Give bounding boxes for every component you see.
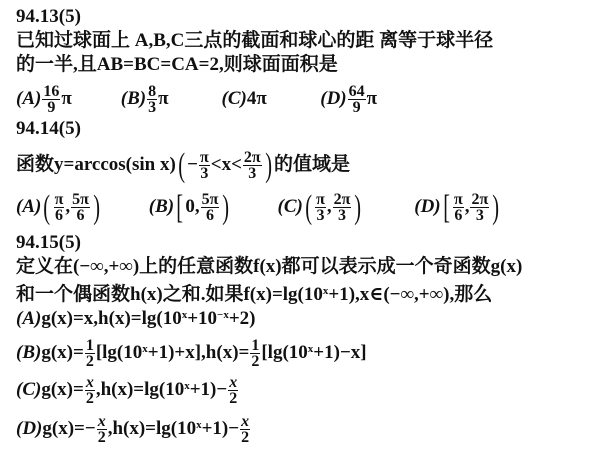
text-part: +1)− — [190, 379, 227, 400]
question-number-14: 94.14(5) — [16, 118, 81, 140]
fraction: 12 — [85, 338, 95, 369]
pi-symbol: π — [158, 88, 168, 109]
numerator: π — [54, 192, 65, 208]
fraction: 169 — [42, 84, 60, 115]
numerator: x — [97, 414, 107, 430]
text-part: 和一个偶函数h(x)之和.如果f(x)=lg(10 — [16, 284, 323, 305]
text-part: g(x)= — [41, 379, 83, 400]
fraction: 2π3 — [470, 192, 489, 223]
numerator: x — [240, 414, 250, 430]
denominator: 3 — [248, 166, 256, 181]
text-part: +1),x∈(−∞,+∞),那么 — [328, 284, 492, 305]
q13-text-line2: 的一半,且AB=BC=CA=2,则球面面积是 — [16, 54, 338, 76]
fraction: 12 — [250, 338, 260, 369]
interval-close: ) — [93, 197, 100, 219]
interval-close: ) — [493, 197, 500, 219]
q14-option-c: (C)(π3,2π3) — [278, 192, 410, 223]
q15-option-c: (C)g(x)=x2,h(x)=lg(10x+1)−x2 — [16, 375, 239, 406]
numerator: 5π — [201, 192, 220, 208]
q15-option-b: (B)g(x)=12[lg(10x+1)+x],h(x)=12[lg(10x+1… — [16, 338, 367, 369]
option-label: (C) — [222, 88, 247, 109]
denominator: 2 — [86, 354, 94, 369]
denominator: 6 — [206, 208, 214, 223]
option-label: (D) — [414, 196, 440, 217]
inequality: <x< — [211, 154, 242, 175]
exponent: −x — [217, 309, 229, 321]
function-expression: 函数y=arccos(sin x) — [16, 154, 176, 175]
q14-option-b: (B)[0,5π6) — [149, 192, 273, 223]
option-label: (A) — [16, 308, 41, 329]
q13-option-b: (B)83π — [121, 84, 217, 115]
denominator: 2 — [98, 430, 106, 445]
numerator: 5π — [71, 192, 90, 208]
q13-option-a: (A)169π — [16, 84, 116, 115]
option-label: (B) — [149, 196, 174, 217]
denominator: 6 — [55, 208, 63, 223]
q15-text-line2: 和一个偶函数h(x)之和.如果f(x)=lg(10x+1),x∈(−∞,+∞),… — [16, 280, 492, 306]
q15-option-a: (A)g(x)=x,h(x)=lg(10x+10−x+2) — [16, 304, 255, 330]
denominator: 6 — [454, 208, 462, 223]
q15-option-d: (D)g(x)=−x2,h(x)=lg(10x+1)−x2 — [16, 414, 251, 445]
denominator: 2 — [229, 391, 237, 406]
interval-close: ) — [355, 197, 362, 219]
interval-open: [ — [176, 197, 183, 219]
q13-option-d: (D)649π — [320, 84, 377, 115]
numerator: 1 — [85, 338, 95, 354]
fraction: π6 — [453, 192, 464, 223]
denominator: 3 — [317, 208, 325, 223]
option-label: (A) — [16, 196, 41, 217]
option-label: (B) — [121, 88, 146, 109]
numerator: x — [85, 375, 95, 391]
fraction: x2 — [85, 375, 95, 406]
text-part: [lg(10 — [261, 342, 307, 363]
fraction: π3 — [199, 150, 210, 181]
text-part: g(x)=− — [42, 418, 95, 439]
fraction: 2π3 — [333, 192, 352, 223]
numerator: π — [315, 192, 326, 208]
denominator: 2 — [86, 391, 94, 406]
numerator: 64 — [348, 84, 366, 100]
text-part: ,h(x)=lg(10 — [108, 418, 196, 439]
text-part: +1)−x] — [313, 342, 366, 363]
fraction: x2 — [240, 414, 250, 445]
text-part: g(x)= — [41, 342, 83, 363]
option-value: 4π — [247, 88, 267, 109]
interval-open: ( — [44, 197, 51, 219]
fraction: π6 — [54, 192, 65, 223]
fraction: 5π6 — [71, 192, 90, 223]
q13-options: (A)169π (B)83π (C)4π (D)649π — [16, 84, 377, 115]
numerator: 2π — [243, 150, 262, 166]
option-label: (C) — [278, 196, 303, 217]
fraction: π3 — [315, 192, 326, 223]
q14-options: (A)(π6,5π6) (B)[0,5π6) (C)(π3,2π3) (D)[π… — [16, 192, 502, 223]
fraction: 5π6 — [201, 192, 220, 223]
numerator: 1 — [250, 338, 260, 354]
denominator: 3 — [148, 100, 156, 115]
option-label: (C) — [16, 379, 41, 400]
lower-bound: 0 — [185, 196, 195, 217]
fraction: 83 — [147, 84, 157, 115]
question-number-15: 94.15(5) — [16, 232, 81, 254]
denominator: 2 — [241, 430, 249, 445]
paren-open: ( — [178, 155, 185, 177]
text-part: +2) — [229, 308, 256, 329]
denominator: 9 — [353, 100, 361, 115]
text-part: +1)− — [202, 418, 239, 439]
numerator: 2π — [333, 192, 352, 208]
interval-open: [ — [443, 197, 450, 219]
denominator: 2 — [251, 354, 259, 369]
option-label: (D) — [16, 418, 42, 439]
minus-sign: − — [187, 154, 198, 175]
question-number-13: 94.13(5) — [16, 6, 81, 28]
interval-open: ( — [305, 197, 312, 219]
numerator: 2π — [470, 192, 489, 208]
fraction: 2π3 — [243, 150, 262, 181]
pi-symbol: π — [61, 88, 71, 109]
numerator: 8 — [147, 84, 157, 100]
q14-option-d: (D)[π6,2π3) — [414, 192, 501, 223]
numerator: π — [453, 192, 464, 208]
text-part: g(x)=x,h(x)=lg(10 — [41, 308, 181, 329]
option-label: (B) — [16, 342, 41, 363]
denominator: 9 — [47, 100, 55, 115]
fraction: x2 — [228, 375, 238, 406]
paren-close: ) — [265, 155, 272, 177]
denominator: 3 — [338, 208, 346, 223]
fraction: 649 — [348, 84, 366, 115]
question-suffix: 的值域是 — [274, 154, 350, 175]
text-part: ,h(x)=lg(10 — [96, 379, 184, 400]
q14-text: 函数y=arccos(sin x)(−π3<x<2π3)的值域是 — [16, 150, 350, 181]
numerator: 16 — [42, 84, 60, 100]
denominator: 3 — [476, 208, 484, 223]
text-part: +10 — [187, 308, 217, 329]
q13-text-line1: 已知过球面上 A,B,C三点的截面和球心的距 离等于球半径 — [16, 30, 493, 52]
option-label: (A) — [16, 88, 41, 109]
q15-text-line1: 定义在(−∞,+∞)上的任意函数f(x)都可以表示成一个奇函数g(x) — [16, 256, 522, 278]
denominator: 3 — [200, 166, 208, 181]
numerator: x — [228, 375, 238, 391]
option-label: (D) — [320, 88, 346, 109]
q13-option-c: (C)4π — [222, 88, 316, 110]
interval-close: ) — [223, 197, 230, 219]
fraction: x2 — [97, 414, 107, 445]
pi-symbol: π — [367, 88, 377, 109]
denominator: 6 — [77, 208, 85, 223]
q14-option-a: (A)(π6,5π6) — [16, 192, 144, 223]
text-part: [lg(10 — [96, 342, 142, 363]
text-part: +1)+x],h(x)= — [148, 342, 250, 363]
numerator: π — [199, 150, 210, 166]
